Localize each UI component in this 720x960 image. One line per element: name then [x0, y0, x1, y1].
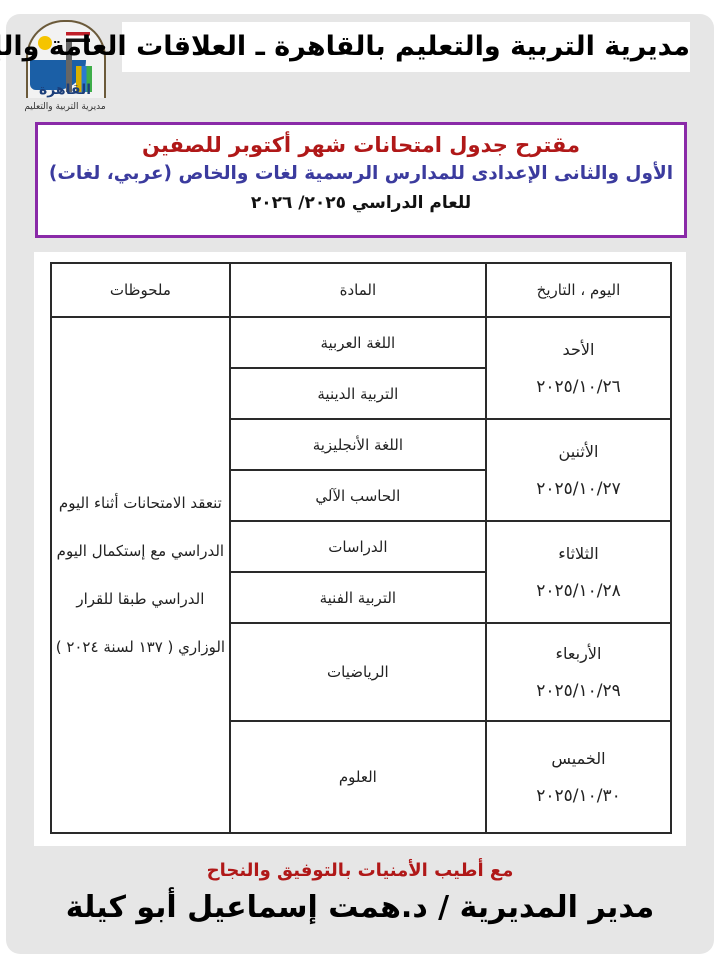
- logo-subtitle: مديرية التربية والتعليم: [10, 102, 120, 112]
- day-cell: الثلاثاء ٢٠٢٥/١٠/٢٨: [486, 521, 671, 623]
- subject-cell: العلوم: [230, 721, 486, 833]
- exam-date: ٢٠٢٥/١٠/٢٩: [487, 681, 670, 701]
- subject-cell: اللغة الأنجليزية: [230, 419, 486, 470]
- table-row: الأحد ٢٠٢٥/١٠/٢٦ اللغة العربية تنعقد الا…: [51, 317, 671, 368]
- exam-date: ٢٠٢٥/١٠/٢٧: [487, 479, 670, 499]
- director-signature: مدير المديرية / د.همت إسماعيل أبو كيلة: [0, 890, 720, 925]
- subject-cell: اللغة العربية: [230, 317, 486, 368]
- day-name: الثلاثاء: [487, 544, 670, 563]
- header-subject: المادة: [230, 263, 486, 317]
- subject-cell: الدراسات: [230, 521, 486, 572]
- day-name: الأثنين: [487, 442, 670, 461]
- exam-schedule-table: اليوم ، التاريخ المادة ملحوظات الأحد ٢٠٢…: [50, 262, 672, 834]
- day-name: الأحد: [487, 340, 670, 359]
- header-day-date: اليوم ، التاريخ: [486, 263, 671, 317]
- schedule-sheet: اليوم ، التاريخ المادة ملحوظات الأحد ٢٠٢…: [34, 252, 686, 846]
- subject-cell: التربية الدينية: [230, 368, 486, 419]
- academic-year: للعام الدراسي ٢٠٢٥/ ٢٠٢٦: [38, 189, 684, 217]
- day-name: الأربعاء: [487, 644, 670, 663]
- announcement-box: مقترح جدول امتحانات شهر أكتوبر للصفين ال…: [35, 122, 687, 238]
- day-cell: الأحد ٢٠٢٥/١٠/٢٦: [486, 317, 671, 419]
- day-name: الخميس: [487, 749, 670, 768]
- wishes-text: مع أطيب الأمنيات بالتوفيق والنجاح: [0, 860, 720, 881]
- exam-date: ٢٠٢٥/١٠/٢٦: [487, 377, 670, 397]
- announcement-title: مقترح جدول امتحانات شهر أكتوبر للصفين: [38, 131, 684, 159]
- subject-cell: الحاسب الآلي: [230, 470, 486, 521]
- notes-cell: تنعقد الامتحانات أثناء اليوم الدراسي مع …: [51, 317, 230, 833]
- exam-date: ٢٠٢٥/١٠/٣٠: [487, 786, 670, 806]
- subject-cell: التربية الفنية: [230, 572, 486, 623]
- day-cell: الأثنين ٢٠٢٥/١٠/٢٧: [486, 419, 671, 521]
- subject-cell: الرياضيات: [230, 623, 486, 721]
- day-cell: الأربعاء ٢٠٢٥/١٠/٢٩: [486, 623, 671, 721]
- day-cell: الخميس ٢٠٢٥/١٠/٣٠: [486, 721, 671, 833]
- exam-date: ٢٠٢٥/١٠/٢٨: [487, 581, 670, 601]
- table-header-row: اليوم ، التاريخ المادة ملحوظات: [51, 263, 671, 317]
- logo-name: القاهرة: [28, 82, 102, 98]
- header-notes: ملحوظات: [51, 263, 230, 317]
- announcement-subtitle: الأول والثانى الإعدادى للمدارس الرسمية ل…: [38, 159, 684, 189]
- page-title: مديرية التربية والتعليم بالقاهرة ـ العلا…: [122, 22, 690, 72]
